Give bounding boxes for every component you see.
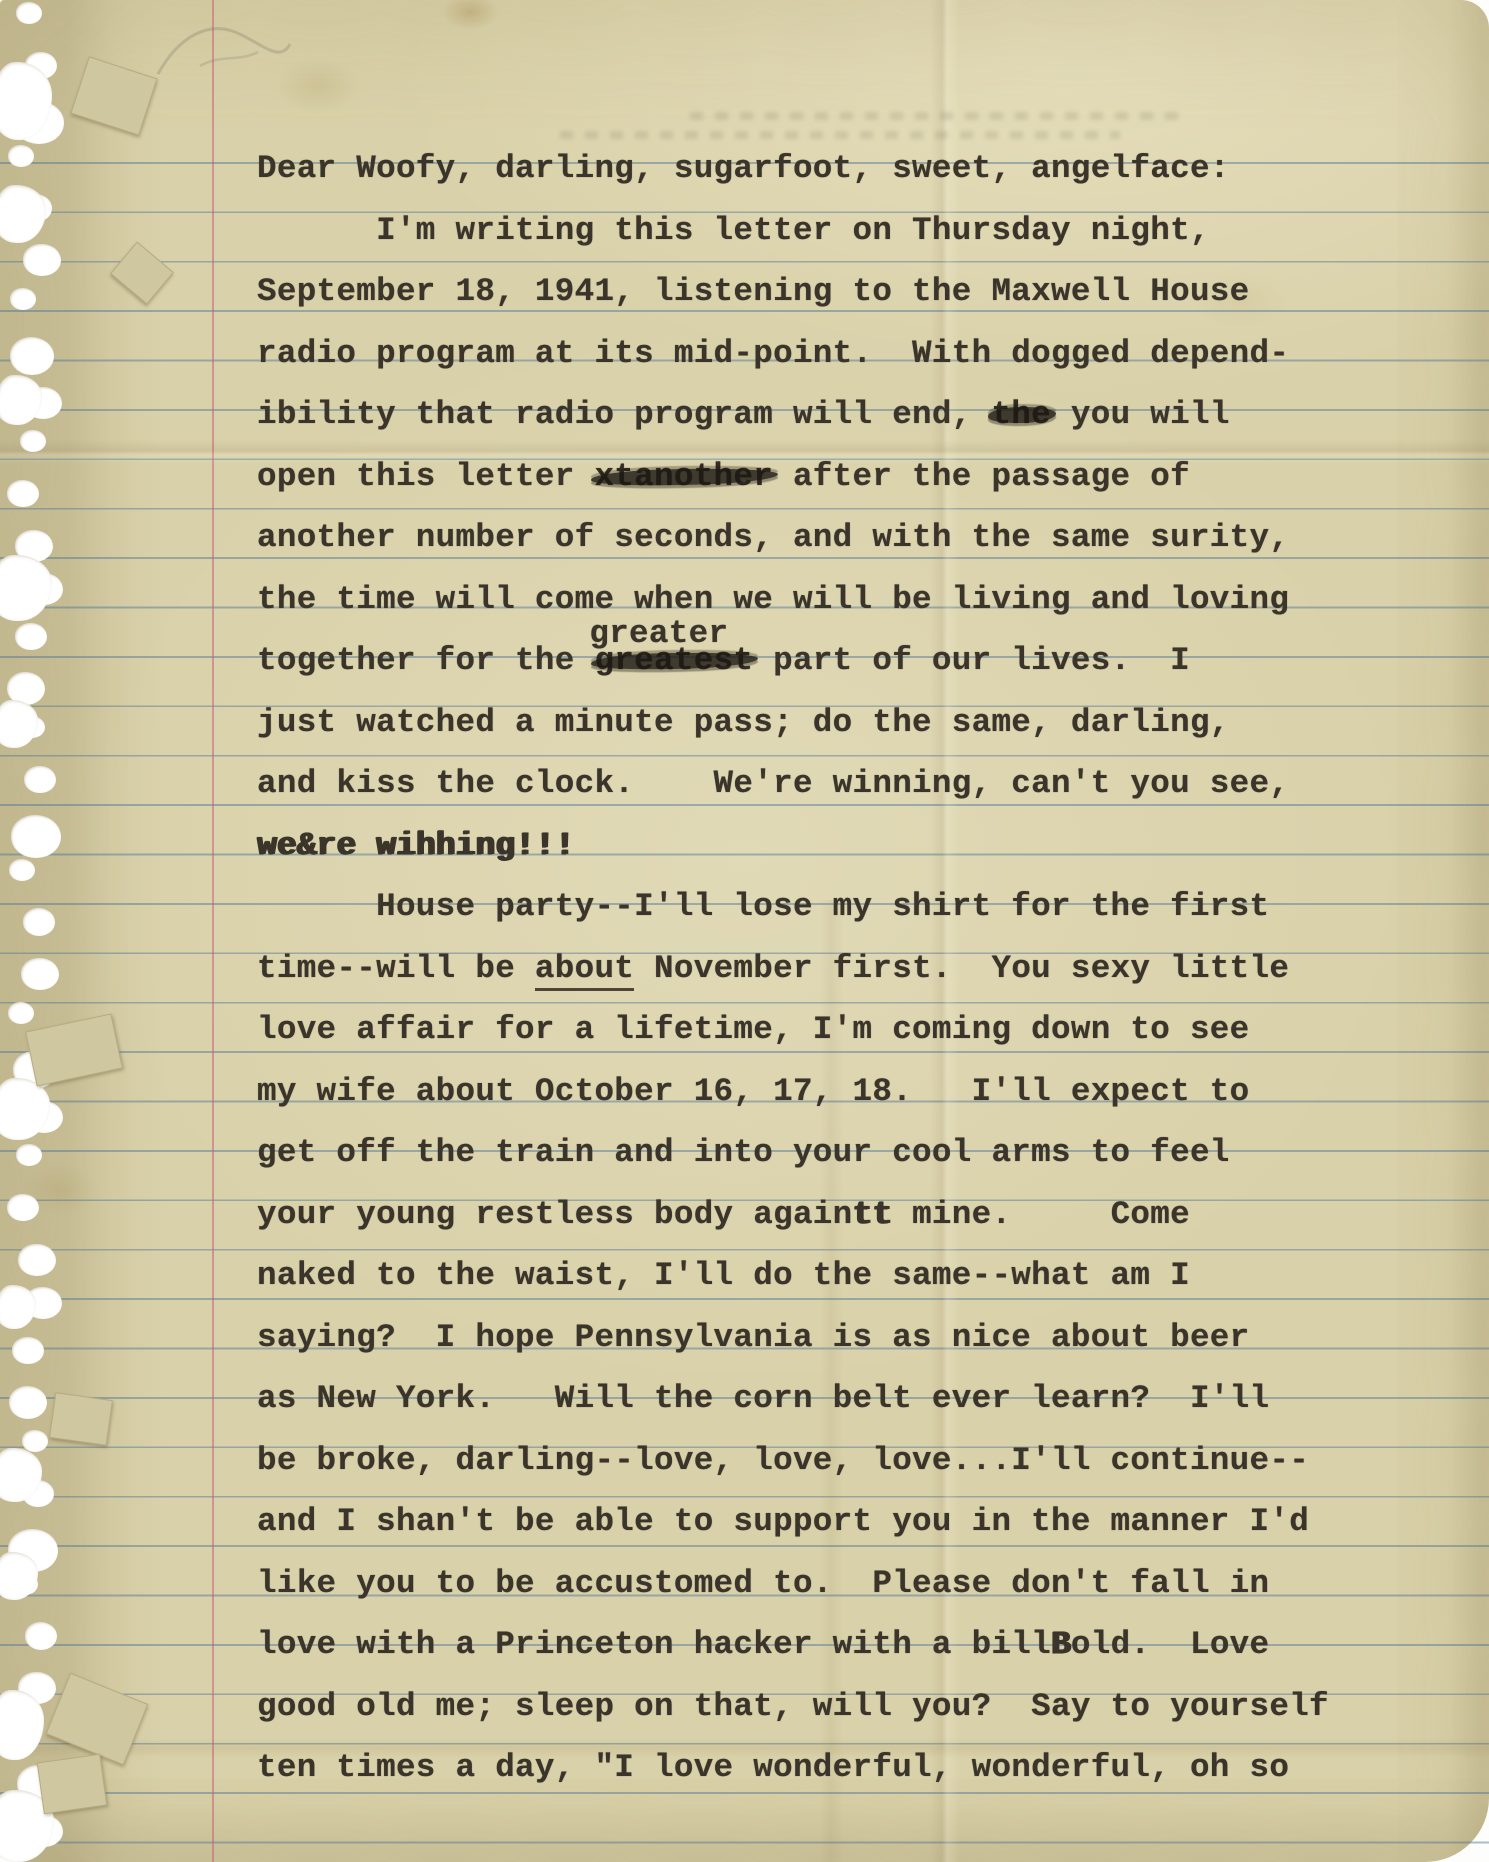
punch-hole xyxy=(7,1194,39,1221)
letter-line: love with a Princeton hacker with a bill… xyxy=(257,1614,1467,1676)
ink-bleedthrough-smudge xyxy=(690,112,1190,120)
letter-line: be broke, darling--love, love, love...I'… xyxy=(257,1430,1467,1492)
text-segment: part of our lives. I xyxy=(753,642,1190,679)
text-segment: the time will come when we will be livin… xyxy=(257,581,1289,618)
letter-line: your young restless body againtt mine. C… xyxy=(257,1184,1467,1246)
text-segment: time--will be xyxy=(257,950,535,987)
text-segment: good old me; sleep on that, will you? Sa… xyxy=(257,1688,1329,1725)
text-segment: love with a Princeton hacker with a bill xyxy=(257,1626,1051,1663)
text-segment: love affair for a lifetime, I'm coming d… xyxy=(257,1011,1250,1048)
letter-line: September 18, 1941, listening to the Max… xyxy=(257,261,1467,323)
text-segment: naked to the waist, I'll do the same--wh… xyxy=(257,1257,1190,1294)
punch-hole xyxy=(22,1430,48,1452)
letter-line: love affair for a lifetime, I'm coming d… xyxy=(257,999,1467,1061)
punch-hole xyxy=(7,480,39,507)
text-segment: my wife about October 16, 17, 18. I'll e… xyxy=(257,1073,1250,1110)
struck-out-word: the xyxy=(991,396,1051,433)
torn-paper-flap xyxy=(49,1392,113,1446)
text-segment: another number of seconds, and with the … xyxy=(257,519,1289,556)
letter-line: the time will come when we will be livin… xyxy=(257,569,1467,631)
letter-line: another number of seconds, and with the … xyxy=(257,507,1467,569)
letter-line: get off the train and into your cool arm… xyxy=(257,1122,1467,1184)
letter-line: ibility that radio program will end, the… xyxy=(257,384,1467,446)
punch-hole xyxy=(9,859,35,881)
letter-line: open this letter xtanother after the pas… xyxy=(257,446,1467,508)
text-segment: mine. Come xyxy=(892,1196,1190,1233)
letter-line: good old me; sleep on that, will you? Sa… xyxy=(257,1676,1467,1738)
text-segment: saying? I hope Pennsylvania is as nice a… xyxy=(257,1319,1250,1356)
letter-line: naked to the waist, I'll do the same--wh… xyxy=(257,1245,1467,1307)
text-segment: be broke, darling--love, love, love...I'… xyxy=(257,1442,1309,1479)
text-segment: as New York. Will the corn belt ever lea… xyxy=(257,1380,1269,1417)
punch-hole xyxy=(21,958,59,990)
punch-hole xyxy=(16,2,42,24)
letter-line: my wife about October 16, 17, 18. I'll e… xyxy=(257,1061,1467,1123)
text-segment: open this letter xyxy=(257,458,594,495)
punch-hole xyxy=(9,1386,47,1418)
faint-pencil-squiggle xyxy=(140,4,300,94)
text-segment: get off the train and into your cool arm… xyxy=(257,1134,1230,1171)
punch-hole xyxy=(12,1337,44,1364)
struck-out-word: xtanother xyxy=(594,458,773,495)
letter-line: saying? I hope Pennsylvania is as nice a… xyxy=(257,1307,1467,1369)
punch-hole xyxy=(8,1002,34,1024)
text-segment: ibility that radio program will end, xyxy=(257,396,991,433)
text-segment: House party--I'll lose my shirt for the … xyxy=(257,888,1269,925)
punch-hole xyxy=(8,145,34,167)
margin-line xyxy=(212,0,214,1862)
text-segment: ten times a day, "I love wonderful, wond… xyxy=(257,1749,1289,1786)
text-segment: Dear Woofy, darling, sugarfoot, sweet, a… xyxy=(257,150,1230,187)
underlined-word: about xyxy=(535,950,634,991)
letter-line: like you to be accustomed to. Please don… xyxy=(257,1553,1467,1615)
letter-line: and I shan't be able to support you in t… xyxy=(257,1491,1467,1553)
letter-line: just watched a minute pass; do the same,… xyxy=(257,692,1467,754)
text-segment: I'm writing this letter on Thursday nigh… xyxy=(257,212,1210,249)
letter-line: time--will be about November first. You … xyxy=(257,938,1467,1000)
punch-hole xyxy=(18,1244,56,1276)
punch-hole xyxy=(23,244,61,276)
text-segment: radio program at its mid-point. With dog… xyxy=(257,335,1289,372)
inserted-correction-word: greater xyxy=(589,603,728,665)
punch-hole xyxy=(15,623,47,650)
text-segment: September 18, 1941, listening to the Max… xyxy=(257,273,1250,310)
text-segment: your young restless body again xyxy=(257,1196,853,1233)
text-segment: just watched a minute pass; do the same,… xyxy=(257,704,1230,741)
punch-hole xyxy=(24,766,56,793)
letter-line: as New York. Will the corn belt ever lea… xyxy=(257,1368,1467,1430)
scanned-letter-page: Dear Woofy, darling, sugarfoot, sweet, a… xyxy=(0,0,1489,1862)
punch-hole xyxy=(11,815,61,858)
text-segment: and kiss the clock. We're winning, can't… xyxy=(257,765,1289,802)
letter-line: radio program at its mid-point. With dog… xyxy=(257,323,1467,385)
notebook-paper: Dear Woofy, darling, sugarfoot, sweet, a… xyxy=(0,0,1489,1862)
text-segment: you will xyxy=(1051,396,1230,433)
letter-line: I'm writing this letter on Thursday nigh… xyxy=(257,200,1467,262)
text-segment: old. Love xyxy=(1071,1626,1270,1663)
text-segment: like you to be accustomed to. Please don… xyxy=(257,1565,1269,1602)
overstruck-word: we&re wihhing!!! xyxy=(257,827,575,864)
letter-line: ten times a day, "I love wonderful, wond… xyxy=(257,1737,1467,1799)
letter-line: House party--I'll lose my shirt for the … xyxy=(257,876,1467,938)
letter-line: together for the greatest part of our li… xyxy=(257,630,1467,692)
letter-line: we&re wihhing!!! xyxy=(257,815,1467,877)
overstruck-word: B xyxy=(1051,1626,1071,1663)
punch-hole xyxy=(23,908,55,935)
torn-paper-flap xyxy=(37,1754,108,1814)
punch-hole xyxy=(10,288,36,310)
text-segment: November first. You sexy little xyxy=(634,950,1289,987)
text-segment: after the passage of xyxy=(773,458,1190,495)
text-segment: and I shan't be able to support you in t… xyxy=(257,1503,1309,1540)
letter-line: Dear Woofy, darling, sugarfoot, sweet, a… xyxy=(257,138,1467,200)
letter-line: and kiss the clock. We're winning, can't… xyxy=(257,753,1467,815)
text-segment: together for the xyxy=(257,642,594,679)
punch-hole xyxy=(25,1622,57,1649)
typewritten-letter-body: Dear Woofy, darling, sugarfoot, sweet, a… xyxy=(257,138,1467,1799)
punch-hole xyxy=(10,337,54,374)
overstruck-word: tt xyxy=(853,1196,893,1233)
